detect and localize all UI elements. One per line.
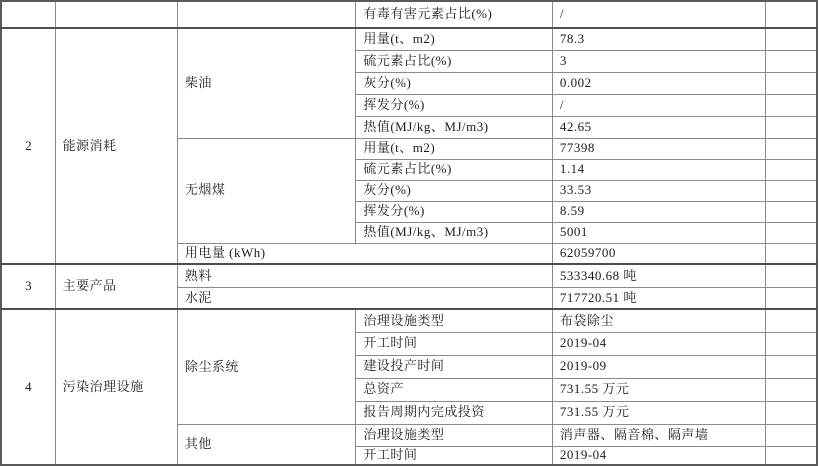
property-cell: 有毒有害元素占比(%): [356, 1, 552, 28]
category-cell: 能源消耗: [55, 28, 177, 264]
property-cell: 治理设施类型: [356, 424, 552, 446]
category-cell: [55, 1, 177, 28]
empty-cell: [766, 28, 817, 50]
property-cell: 水泥: [177, 287, 552, 309]
empty-cell: [766, 50, 817, 72]
property-cell: 开工时间: [356, 446, 552, 465]
table-row: 2 能源消耗 柴油 用量(t、m2) 78.3: [1, 28, 817, 50]
value-cell: 731.55 万元: [552, 401, 766, 424]
value-cell: 0.002: [552, 72, 766, 94]
empty-cell: [766, 332, 817, 355]
empty-cell: [766, 309, 817, 332]
report-table: 有毒有害元素占比(%) / 2 能源消耗 柴油 用量(t、m2) 78.3 硫元…: [0, 0, 818, 466]
value-cell: 1.14: [552, 159, 766, 180]
empty-cell: [766, 201, 817, 222]
empty-cell: [766, 355, 817, 378]
value-cell: 5001: [552, 222, 766, 243]
property-cell: 热值(MJ/kg、MJ/m3): [356, 222, 552, 243]
group-cell: 其他: [177, 424, 355, 465]
value-cell: 717720.51 吨: [552, 287, 766, 309]
value-cell: /: [552, 94, 766, 116]
row-number-cell: 4: [1, 309, 55, 465]
property-cell: 挥发分(%): [356, 94, 552, 116]
property-cell: 开工时间: [356, 332, 552, 355]
property-cell: 灰分(%): [356, 180, 552, 201]
category-cell: 主要产品: [55, 264, 177, 309]
category-cell: 污染治理设施: [55, 309, 177, 465]
empty-cell: [766, 159, 817, 180]
table-row: 4 污染治理设施 除尘系统 治理设施类型 布袋除尘: [1, 309, 817, 332]
property-cell: 用电量 (kWh): [177, 243, 552, 264]
value-cell: 2019-09: [552, 355, 766, 378]
empty-cell: [766, 401, 817, 424]
empty-cell: [766, 287, 817, 309]
property-cell: 硫元素占比(%): [356, 159, 552, 180]
empty-cell: [766, 243, 817, 264]
empty-cell: [766, 94, 817, 116]
value-cell: 731.55 万元: [552, 378, 766, 401]
value-cell: 77398: [552, 138, 766, 159]
table-row: 3 主要产品 熟料 533340.68 吨: [1, 264, 817, 287]
value-cell: 78.3: [552, 28, 766, 50]
property-cell: 用量(t、m2): [356, 28, 552, 50]
empty-cell: [766, 72, 817, 94]
empty-cell: [766, 1, 817, 28]
value-cell: 消声器、隔音棉、隔声墙: [552, 424, 766, 446]
empty-cell: [766, 222, 817, 243]
property-cell: 报告周期内完成投资: [356, 401, 552, 424]
empty-cell: [766, 180, 817, 201]
property-cell: 用量(t、m2): [356, 138, 552, 159]
empty-cell: [766, 264, 817, 287]
property-cell: 熟料: [177, 264, 552, 287]
group-cell: 除尘系统: [177, 309, 355, 424]
value-cell: /: [552, 1, 766, 28]
property-cell: 挥发分(%): [356, 201, 552, 222]
value-cell: 533340.68 吨: [552, 264, 766, 287]
value-cell: 42.65: [552, 116, 766, 138]
group-cell: 柴油: [177, 28, 355, 138]
property-cell: 建设投产时间: [356, 355, 552, 378]
value-cell: 布袋除尘: [552, 309, 766, 332]
group-cell: [177, 1, 355, 28]
value-cell: 3: [552, 50, 766, 72]
group-cell: 无烟煤: [177, 138, 355, 243]
value-cell: 33.53: [552, 180, 766, 201]
empty-cell: [766, 138, 817, 159]
property-cell: 治理设施类型: [356, 309, 552, 332]
value-cell: 8.59: [552, 201, 766, 222]
row-number-cell: 3: [1, 264, 55, 309]
property-cell: 硫元素占比(%): [356, 50, 552, 72]
empty-cell: [766, 424, 817, 446]
property-cell: 热值(MJ/kg、MJ/m3): [356, 116, 552, 138]
row-number-cell: 2: [1, 28, 55, 264]
empty-cell: [766, 116, 817, 138]
value-cell: 2019-04: [552, 332, 766, 355]
row-number-cell: [1, 1, 55, 28]
property-cell: 总资产: [356, 378, 552, 401]
empty-cell: [766, 378, 817, 401]
property-cell: 灰分(%): [356, 72, 552, 94]
value-cell: 2019-04: [552, 446, 766, 465]
table-row: 有毒有害元素占比(%) /: [1, 1, 817, 28]
report-page: 有毒有害元素占比(%) / 2 能源消耗 柴油 用量(t、m2) 78.3 硫元…: [0, 0, 820, 466]
value-cell: 62059700: [552, 243, 766, 264]
empty-cell: [766, 446, 817, 465]
